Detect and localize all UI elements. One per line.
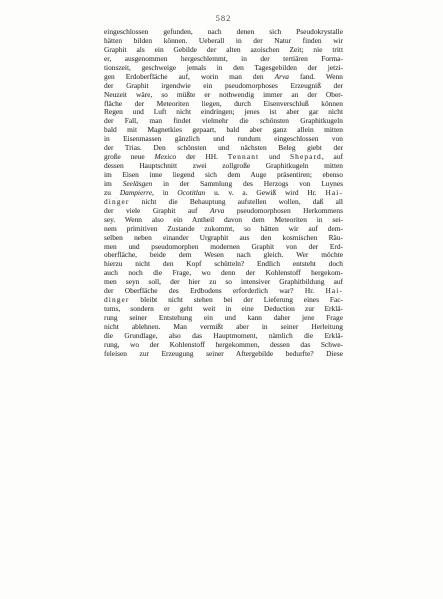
- body-text: nicht die Behauptung aufstellen wollen, …: [129, 198, 343, 206]
- body-text: rung, wo der Kohlenstoff hergekommen, de…: [104, 341, 343, 349]
- italic-text: Dampierre: [120, 189, 152, 197]
- letterspaced-name: dinger: [104, 296, 129, 304]
- body-text: tums, sondern er geht weit in eine Deduc…: [104, 305, 343, 313]
- body-text: gen Erdoberfläche auf, worin man den: [104, 73, 275, 81]
- body-text: der HH.: [176, 153, 228, 161]
- text-line: nicht ablehnen. Man vermißt aber in sein…: [104, 323, 343, 332]
- text-line: selben neben einander Urgraphit aus den …: [104, 234, 343, 243]
- italic-text: Arva: [275, 73, 289, 81]
- body-text: eingeschlossen gefunden, nach denen sich…: [104, 28, 343, 36]
- text-line: große neue Mexico der HH. Tennant und Sh…: [104, 153, 343, 162]
- body-text: nem primitiven Zustande zukommt, so hätt…: [104, 225, 343, 233]
- text-line: dinger nicht die Behauptung aufstellen w…: [104, 198, 343, 207]
- body-text: , auf: [322, 153, 343, 161]
- body-text: tionszeit, geschweige jemals in den Tage…: [104, 64, 343, 72]
- body-text: große neue: [104, 153, 154, 161]
- body-text: der Oberfläche des Erdbodens erforderlic…: [104, 287, 325, 295]
- letterspaced-name: Shepard: [290, 153, 322, 161]
- body-text: rung seiner Entstehung ein und kann dahe…: [104, 314, 343, 322]
- body-text: bleibt nicht stehen bei der Lieferung ei…: [129, 296, 343, 304]
- body-text: , in: [152, 189, 177, 197]
- text-line: fläche der Meteoriten liegen, durch Eise…: [104, 100, 343, 109]
- text-line: auch noch die Frage, wo denn der Kohlens…: [104, 269, 343, 278]
- text-line: der Graphit irgendwie ein pseudomorphose…: [104, 82, 343, 91]
- text-line: dinger bleibt nicht stehen bei der Liefe…: [104, 296, 343, 305]
- text-line: men seyn soll, der hier zu so intensiver…: [104, 278, 343, 287]
- body-text: in Eisenmassen gänzlich und rundum einge…: [104, 135, 343, 143]
- body-text: fand. Wenn: [289, 73, 343, 81]
- body-text: selben neben einander Urgraphit aus den …: [104, 234, 343, 242]
- body-text: nicht ablehnen. Man vermißt aber in sein…: [104, 323, 343, 331]
- text-line: der Fall, man findet vielmehr die schöns…: [104, 117, 343, 126]
- text-line: dessen Hauptschnitt zwei zollgroße Graph…: [104, 162, 343, 171]
- body-text: oberfläche, beide dem Wesen nach gleich.…: [104, 251, 343, 259]
- scanned-page: 582 eingeschlossen gefunden, nach denen …: [0, 0, 443, 599]
- body-text: die Grundlage, also das Hauptmoment, näm…: [104, 332, 343, 340]
- italic-text: Arva: [210, 207, 224, 215]
- italic-text: Ocotitlan: [177, 189, 205, 197]
- body-text: u. v. a. Gewiß wird Hr.: [205, 189, 325, 197]
- text-line: rung, wo der Kohlenstoff hergekommen, de…: [104, 341, 343, 350]
- body-text: und: [259, 153, 290, 161]
- text-line: die Grundlage, also das Hauptmoment, näm…: [104, 332, 343, 341]
- text-line: der Trias. Den schönsten und nächsten Be…: [104, 144, 343, 153]
- body-text: der Fall, man findet vielmehr die schöns…: [104, 117, 343, 125]
- text-line: der viele Graphit auf Arva pseudomorphos…: [104, 207, 343, 216]
- body-text: feleisen zur Erzeugung seiner Aftergebil…: [104, 350, 343, 358]
- text-line: er, ausgenommen hergeschlemmt, in der te…: [104, 55, 343, 64]
- text-line: men und pseudomorphen modernen Graphit v…: [104, 243, 343, 252]
- text-line: nem primitiven Zustande zukommt, so hätt…: [104, 225, 343, 234]
- body-text: Graphit als ein Gebilde der alten azoisc…: [104, 46, 343, 54]
- letterspaced-name: Tennant: [228, 153, 259, 161]
- body-text: Neuzeit wäre, so müßte er nothwendig imm…: [104, 91, 343, 99]
- body-text: pseudomorphosen Herkommens: [224, 207, 343, 215]
- letterspaced-name: dinger: [104, 198, 129, 206]
- text-line: eingeschlossen gefunden, nach denen sich…: [104, 28, 343, 37]
- page-number: 582: [104, 13, 343, 23]
- text-line: Graphit als ein Gebilde der alten azoisc…: [104, 46, 343, 55]
- text-line: hätten bilden können. Ueberall in der Na…: [104, 37, 343, 46]
- italic-text: Mexico: [154, 153, 176, 161]
- body-text: im Eisen inne liegend sich dem Auge präs…: [104, 171, 343, 179]
- body-text: im: [104, 180, 123, 188]
- text-line: oberfläche, beide dem Wesen nach gleich.…: [104, 251, 343, 260]
- text-line: der Oberfläche des Erdbodens erforderlic…: [104, 287, 343, 296]
- text-line: zu Dampierre, in Ocotitlan u. v. a. Gewi…: [104, 189, 343, 198]
- body-text: in der Sammlung des Herzogs von Luynes: [152, 180, 343, 188]
- body-text: der viele Graphit auf: [104, 207, 210, 215]
- text-line: im Seeläsgen in der Sammlung des Herzogs…: [104, 180, 343, 189]
- text-line: bald mit Magnetkies gepaart, bald aber g…: [104, 126, 343, 135]
- body-text: zu: [104, 189, 120, 197]
- body-text: der Graphit irgendwie ein pseudomorphose…: [104, 82, 343, 90]
- letterspaced-name: Hai-: [325, 189, 343, 197]
- page-text-block: eingeschlossen gefunden, nach denen sich…: [104, 28, 343, 359]
- body-text: auch noch die Frage, wo denn der Kohlens…: [104, 269, 343, 277]
- text-line: tums, sondern er geht weit in eine Deduc…: [104, 305, 343, 314]
- text-line: im Eisen inne liegend sich dem Auge präs…: [104, 171, 343, 180]
- body-text: dessen Hauptschnitt zwei zollgroße Graph…: [104, 162, 343, 170]
- text-line: hierzu nicht den Kopf schütteln? Endlich…: [104, 260, 343, 269]
- text-line: Neuzeit wäre, so müßte er nothwendig imm…: [104, 91, 343, 100]
- body-text: men seyn soll, der hier zu so intensiver…: [104, 278, 343, 286]
- body-text: der Trias. Den schönsten und nächsten Be…: [104, 144, 343, 152]
- text-line: tionszeit, geschweige jemals in den Tage…: [104, 64, 343, 73]
- body-text: hierzu nicht den Kopf schütteln? Endlich…: [104, 260, 343, 268]
- body-text: hätten bilden können. Ueberall in der Na…: [104, 37, 343, 45]
- body-text: Regen und Luft nicht eindringen; jenes i…: [104, 108, 343, 116]
- text-line: sey. Wenn also ein Antheil davon dem Met…: [104, 216, 343, 225]
- text-line: feleisen zur Erzeugung seiner Aftergebil…: [104, 350, 343, 359]
- body-text: bald mit Magnetkies gepaart, bald aber g…: [104, 126, 343, 134]
- text-line: rung seiner Entstehung ein und kann dahe…: [104, 314, 343, 323]
- letterspaced-name: Hai-: [325, 287, 343, 295]
- text-line: Regen und Luft nicht eindringen; jenes i…: [104, 108, 343, 117]
- italic-text: Seeläsgen: [123, 180, 153, 188]
- body-text: er, ausgenommen hergeschlemmt, in der te…: [104, 55, 343, 63]
- body-text: sey. Wenn also ein Antheil davon dem Met…: [104, 216, 343, 224]
- body-text: fläche der Meteoriten liegen, durch Eise…: [104, 100, 343, 108]
- text-line: gen Erdoberfläche auf, worin man den Arv…: [104, 73, 343, 82]
- body-text: men und pseudomorphen modernen Graphit v…: [104, 243, 343, 251]
- text-line: in Eisenmassen gänzlich und rundum einge…: [104, 135, 343, 144]
